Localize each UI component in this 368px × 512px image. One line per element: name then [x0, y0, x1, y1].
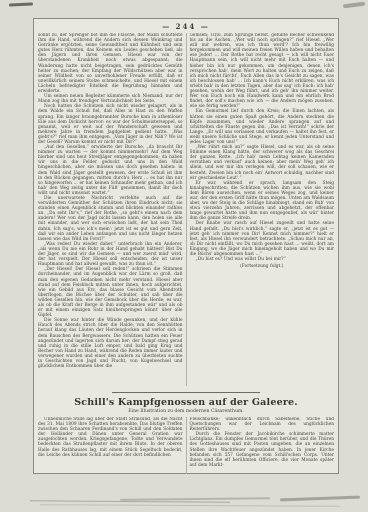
paragraph: Die unerwartete Nachricht verfehlte auch…	[38, 196, 183, 242]
scan-artifact-bottom	[40, 504, 340, 507]
paragraph: Um seinen neuen Begleiter kümmerte sich …	[38, 94, 183, 104]
feature-article-title: Schill's Kampfgenossen auf der Galeere.	[38, 397, 334, 408]
scan-artifact-bottom	[280, 496, 360, 502]
paragraph: Unheimliche Stille lag über der Stadt St…	[38, 417, 183, 458]
paragraph: Der Knabe war rasch auf Hiesel zugeeilt …	[190, 221, 335, 257]
scan-artifact-top-right	[343, 2, 365, 9]
paragraph: Noch hatten die Schützen sich nicht wied…	[38, 104, 183, 145]
scan-artifact-top-left	[9, 2, 33, 6]
section-divider-rule	[112, 392, 260, 393]
paragraph: Durch die Fenster der Jacobikirche schim…	[190, 432, 335, 468]
paragraph: „Der Hiesel! Der Hiesel soll reden!“ sch…	[38, 267, 183, 318]
paragraph: „Auf den Gesellen,“ erwiderte der Bursch…	[38, 145, 183, 196]
main-article-left-column: sonnt zu, der Sprenger bot ihm die Flasc…	[38, 33, 186, 386]
scanned-newspaper-page: — 244 — sonnt zu, der Sprenger bot ihm d…	[0, 0, 368, 512]
paragraph: sonnt zu, der Sprenger bot ihm die Flasc…	[38, 33, 183, 94]
paragraph: „Wer rührt mich an?“ sagte Hiesel, und e…	[190, 145, 335, 181]
paragraph: Er war, während er sprach, langsam den S…	[190, 181, 335, 222]
feature-article-right-column: Fleischbänke; unkenntlich durch Säbelhie…	[186, 417, 335, 474]
continuation-note: (Fortsetzung folgt.)	[190, 264, 335, 269]
feature-article-left-column: Unheimliche Stille lag über der Stadt St…	[38, 417, 186, 474]
paragraph: Fleischbänke; unkenntlich durch Säbelhie…	[190, 417, 335, 432]
main-article-right-column: Gemsen; Tirol, zum Sprunge bereit, gefül…	[186, 33, 335, 386]
page-frame: — 244 — sonnt zu, der Sprenger bot ihm d…	[33, 18, 339, 474]
paragraph: Gemsen; Tirol, zum Sprunge bereit, gefül…	[190, 33, 335, 109]
feature-article-subtitle: Eine Illustration zu dem modernen Cäsare…	[38, 409, 334, 414]
feature-article-columns: Unheimliche Stille lag über der Stadt St…	[38, 417, 334, 474]
paragraph: „Du bist es? Und was willst Du bei mir?“	[190, 257, 335, 262]
feature-article: Schill's Kampfgenossen auf der Galeere. …	[38, 397, 334, 474]
scan-artifact-bottom	[120, 497, 270, 501]
paragraph: „Was redest Du wieder daher,“ unterbrach…	[38, 242, 183, 267]
page-number: — 244 —	[34, 22, 338, 31]
main-article-right-text: Gemsen; Tirol, zum Sprunge bereit, gefül…	[190, 33, 335, 262]
paragraph: Ein Gemurmel lief durch den Kreis; die E…	[190, 109, 335, 145]
main-article: sonnt zu, der Sprenger bot ihm die Flasc…	[38, 33, 334, 386]
paragraph: Die Sonne war hinter die Wände gesunken,…	[38, 318, 183, 369]
